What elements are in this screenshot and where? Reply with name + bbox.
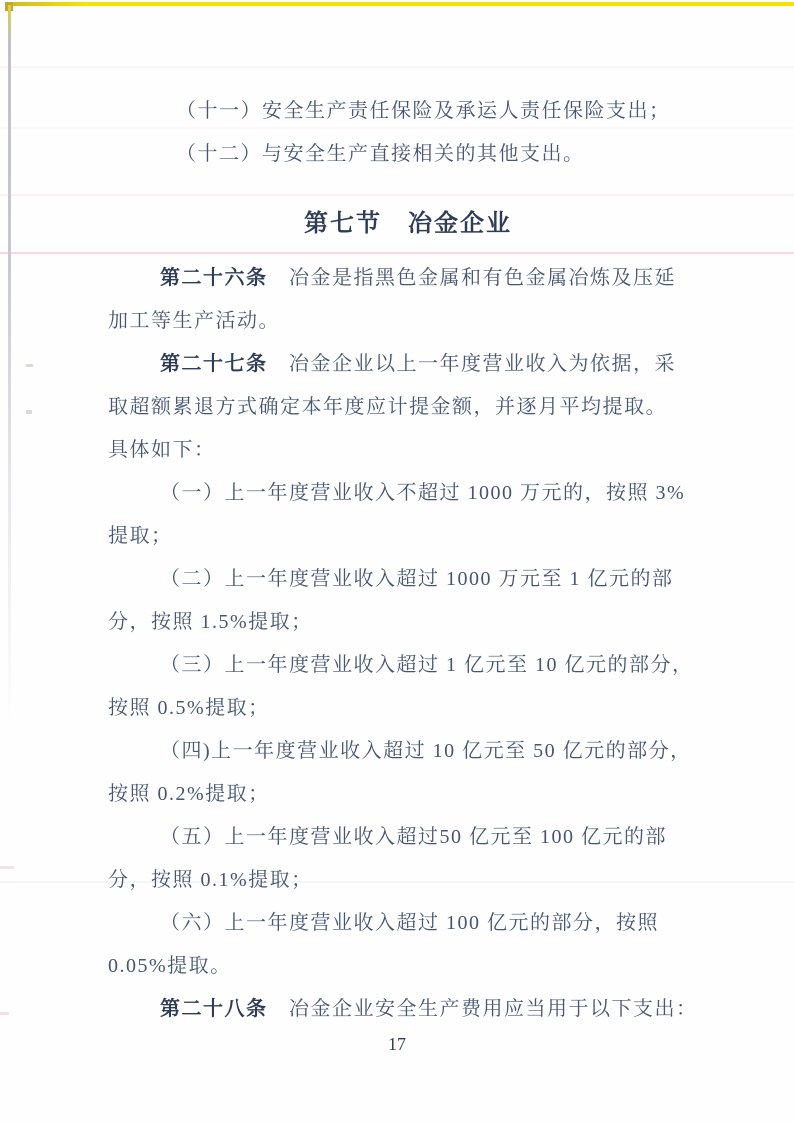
text-line: 分，按照 1.5%提取； xyxy=(108,601,708,644)
article-number-bold: 第二十七条 xyxy=(160,353,268,375)
scan-speck xyxy=(26,364,33,367)
text-line: （四)上一年度营业收入超过 10 亿元至 50 亿元的部分， xyxy=(108,730,708,773)
text-line: 按照 0.5%提取； xyxy=(108,687,708,730)
text-line: 具体如下： xyxy=(108,429,708,472)
text-line: （十二）与安全生产直接相关的其他支出。 xyxy=(108,133,708,176)
article-number-bold: 第二十八条 xyxy=(160,998,268,1020)
scan-speck xyxy=(0,1012,9,1015)
text-line: 分，按照 0.1%提取； xyxy=(108,859,708,902)
text-line: （二）上一年度营业收入超过 1000 万元至 1 亿元的部 xyxy=(108,558,708,601)
text-line: （十一）安全生产责任保险及承运人责任保险支出； xyxy=(108,90,708,133)
scan-speck xyxy=(26,410,32,414)
text-line: （三）上一年度营业收入超过 1 亿元至 10 亿元的部分， xyxy=(108,644,708,687)
page-number: 17 xyxy=(0,1032,794,1056)
section-heading: 第七节 冶金企业 xyxy=(108,202,708,245)
intro-paragraph-lines: （十一）安全生产责任保险及承运人责任保险支出；（十二）与安全生产直接相关的其他支… xyxy=(108,90,708,176)
text-line: （六）上一年度营业收入超过 100 亿元的部分，按照 xyxy=(108,902,708,945)
text-line: 第二十八条 冶金企业安全生产费用应当用于以下支出： xyxy=(108,988,708,1031)
text-line: 加工等生产活动。 xyxy=(108,300,708,343)
text-line: 第二十六条 冶金是指黑色金属和有色金属冶炼及压延 xyxy=(108,257,708,300)
text-line: 取超额累退方式确定本年度应计提金额，并逐月平均提取。 xyxy=(108,386,708,429)
article-number-bold: 第二十六条 xyxy=(160,267,268,289)
scan-speck xyxy=(0,866,14,869)
document-content: （十一）安全生产责任保险及承运人责任保险支出；（十二）与安全生产直接相关的其他支… xyxy=(108,90,708,1031)
body-paragraph-lines: 第二十六条 冶金是指黑色金属和有色金属冶炼及压延加工等生产活动。第二十七条 冶金… xyxy=(108,257,708,1031)
text-line: （五）上一年度营业收入超过50 亿元至 100 亿元的部 xyxy=(108,816,708,859)
scan-left-edge-artifact xyxy=(8,5,11,725)
scan-top-edge-artifact xyxy=(5,2,794,6)
document-page: （十一）安全生产责任保险及承运人责任保险支出；（十二）与安全生产直接相关的其他支… xyxy=(0,0,794,1123)
text-line: 提取； xyxy=(108,515,708,558)
text-line: 按照 0.2%提取； xyxy=(108,773,708,816)
text-line: 第二十七条 冶金企业以上一年度营业收入为依据，采 xyxy=(108,343,708,386)
text-line: （一）上一年度营业收入不超过 1000 万元的，按照 3% xyxy=(108,472,708,515)
scan-pink-line xyxy=(0,66,794,68)
text-line: 0.05%提取。 xyxy=(108,945,708,988)
